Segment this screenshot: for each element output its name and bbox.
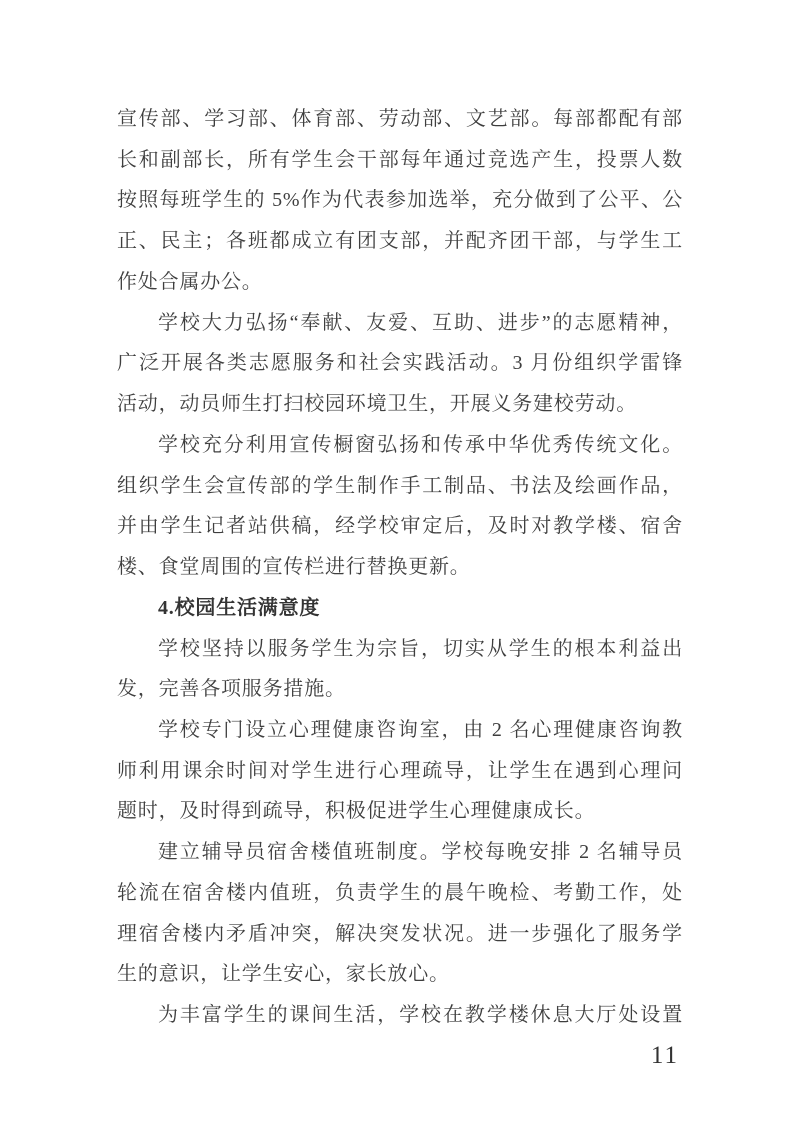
text-line: 宣传部、学习部、体育部、劳动部、文艺部。每部都配有部 xyxy=(117,99,683,140)
document-page: 宣传部、学习部、体育部、劳动部、文艺部。每部都配有部长和副部长，所有学生会干部每… xyxy=(0,0,800,1131)
text-line: 学校充分利用宣传橱窗弘扬和传承中华优秀传统文化。 xyxy=(117,425,683,466)
text-line: 轮流在宿舍楼内值班，负责学生的晨午晚检、考勤工作，处 xyxy=(117,873,683,914)
text-line: 学校坚持以服务学生为宗旨，切实从学生的根本利益出 xyxy=(117,629,683,670)
text-line: 为丰富学生的课间生活，学校在教学楼休息大厅处设置 xyxy=(117,995,683,1036)
text-line: 生的意识，让学生安心，家长放心。 xyxy=(117,954,683,995)
text-line: 楼、食堂周围的宣传栏进行替换更新。 xyxy=(117,547,683,588)
text-line: 学校大力弘扬“奉献、友爱、互助、进步”的志愿精神， xyxy=(117,303,683,344)
text-line: 并由学生记者站供稿，经学校审定后，及时对教学楼、宿舍 xyxy=(117,506,683,547)
text-line: 作处合属办公。 xyxy=(117,262,683,303)
text-line: 正、民主；各班都成立有团支部，并配齐团干部，与学生工 xyxy=(117,221,683,262)
text-line: 发，完善各项服务措施。 xyxy=(117,669,683,710)
section-heading: 4.校园生活满意度 xyxy=(117,588,683,629)
text-line: 活动，动员师生打扫校园环境卫生，开展义务建校劳动。 xyxy=(117,384,683,425)
text-line: 组织学生会宣传部的学生制作手工制品、书法及绘画作品， xyxy=(117,466,683,507)
text-body: 宣传部、学习部、体育部、劳动部、文艺部。每部都配有部长和副部长，所有学生会干部每… xyxy=(117,99,683,1036)
text-line: 按照每班学生的 5%作为代表参加选举，充分做到了公平、公 xyxy=(117,180,683,221)
text-line: 师利用课余时间对学生进行心理疏导，让学生在遇到心理问 xyxy=(117,751,683,792)
page-number: 11 xyxy=(651,1042,679,1070)
text-line: 长和副部长，所有学生会干部每年通过竞选产生，投票人数 xyxy=(117,140,683,181)
text-line: 建立辅导员宿舍楼值班制度。学校每晚安排 2 名辅导员 xyxy=(117,832,683,873)
text-line: 题时，及时得到疏导，积极促进学生心理健康成长。 xyxy=(117,791,683,832)
text-line: 学校专门设立心理健康咨询室，由 2 名心理健康咨询教 xyxy=(117,710,683,751)
text-line: 理宿舍楼内矛盾冲突，解决突发状况。进一步强化了服务学 xyxy=(117,914,683,955)
text-line: 广泛开展各类志愿服务和社会实践活动。3 月份组织学雷锋 xyxy=(117,343,683,384)
